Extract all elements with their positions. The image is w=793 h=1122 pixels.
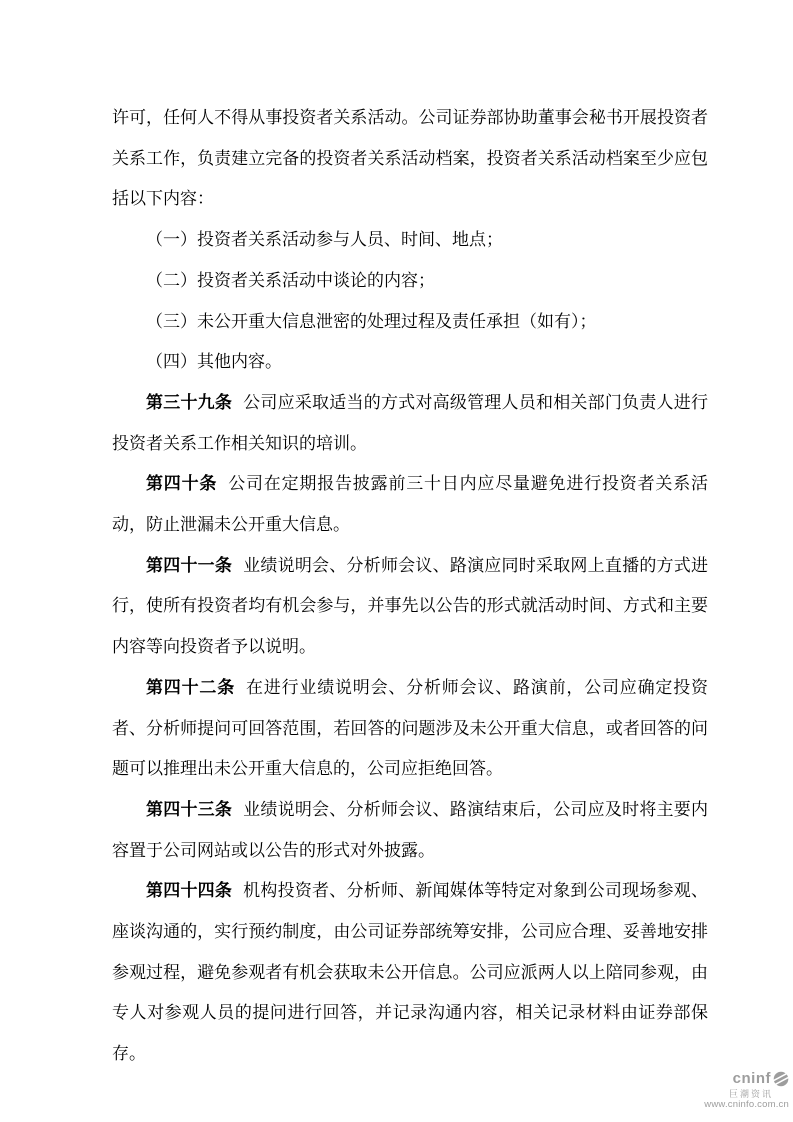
article-39-number: 第三十九条 [146, 393, 232, 412]
article-40: 第四十条公司在定期报告披露前三十日内应尽量避免进行投资者关系活动，防止泄漏未公开… [112, 464, 708, 545]
article-44-text: 机构投资者、分析师、新闻媒体等特定对象到公司现场参观、座谈沟通的，实行预约制度，… [112, 881, 708, 1063]
article-42-number: 第四十二条 [146, 678, 235, 697]
article-41-number: 第四十一条 [146, 556, 232, 575]
article-42: 第四十二条在进行业绩说明会、分析师会议、路演前，公司应确定投资者、分析师提问可回… [112, 668, 708, 790]
list-item-1: （一）投资者关系活动参与人员、时间、地点； [112, 220, 708, 261]
article-43: 第四十三条业绩说明会、分析师会议、路演结束后，公司应及时将主要内容置于公司网站或… [112, 790, 708, 871]
list-item-2: （二）投资者关系活动中谈论的内容； [112, 261, 708, 302]
document-body: 许可，任何人不得从事投资者关系活动。公司证券部协助董事会秘书开展投资者关系工作，… [112, 98, 708, 1075]
article-39: 第三十九条公司应采取适当的方式对高级管理人员和相关部门负责人进行投资者关系工作相… [112, 383, 708, 464]
article-43-number: 第四十三条 [146, 800, 232, 819]
article-41: 第四十一条业绩说明会、分析师会议、路演应同时采取网上直播的方式进行，使所有投资者… [112, 546, 708, 668]
document-page: 许可，任何人不得从事投资者关系活动。公司证券部协助董事会秘书开展投资者关系工作，… [0, 0, 793, 1122]
article-44: 第四十四条机构投资者、分析师、新闻媒体等特定对象到公司现场参观、座谈沟通的，实行… [112, 871, 708, 1075]
cninfo-swirl-icon [773, 1071, 789, 1087]
cninfo-brand-row: cninf [704, 1070, 789, 1087]
cninfo-brand-text: cninf [733, 1070, 771, 1087]
paragraph-continuation: 许可，任何人不得从事投资者关系活动。公司证券部协助董事会秘书开展投资者关系工作，… [112, 98, 708, 220]
list-item-3: （三）未公开重大信息泄密的处理过程及责任承担（如有）； [112, 302, 708, 343]
article-44-number: 第四十四条 [146, 881, 232, 900]
article-40-number: 第四十条 [146, 474, 217, 493]
cninfo-url: www.cninfo.com.cn [704, 1100, 789, 1111]
list-item-4: （四）其他内容。 [112, 342, 708, 383]
cninfo-watermark: cninf 巨潮资讯 www.cninfo.com.cn [704, 1070, 789, 1111]
cninfo-chinese-name: 巨潮资讯 [704, 1089, 789, 1099]
